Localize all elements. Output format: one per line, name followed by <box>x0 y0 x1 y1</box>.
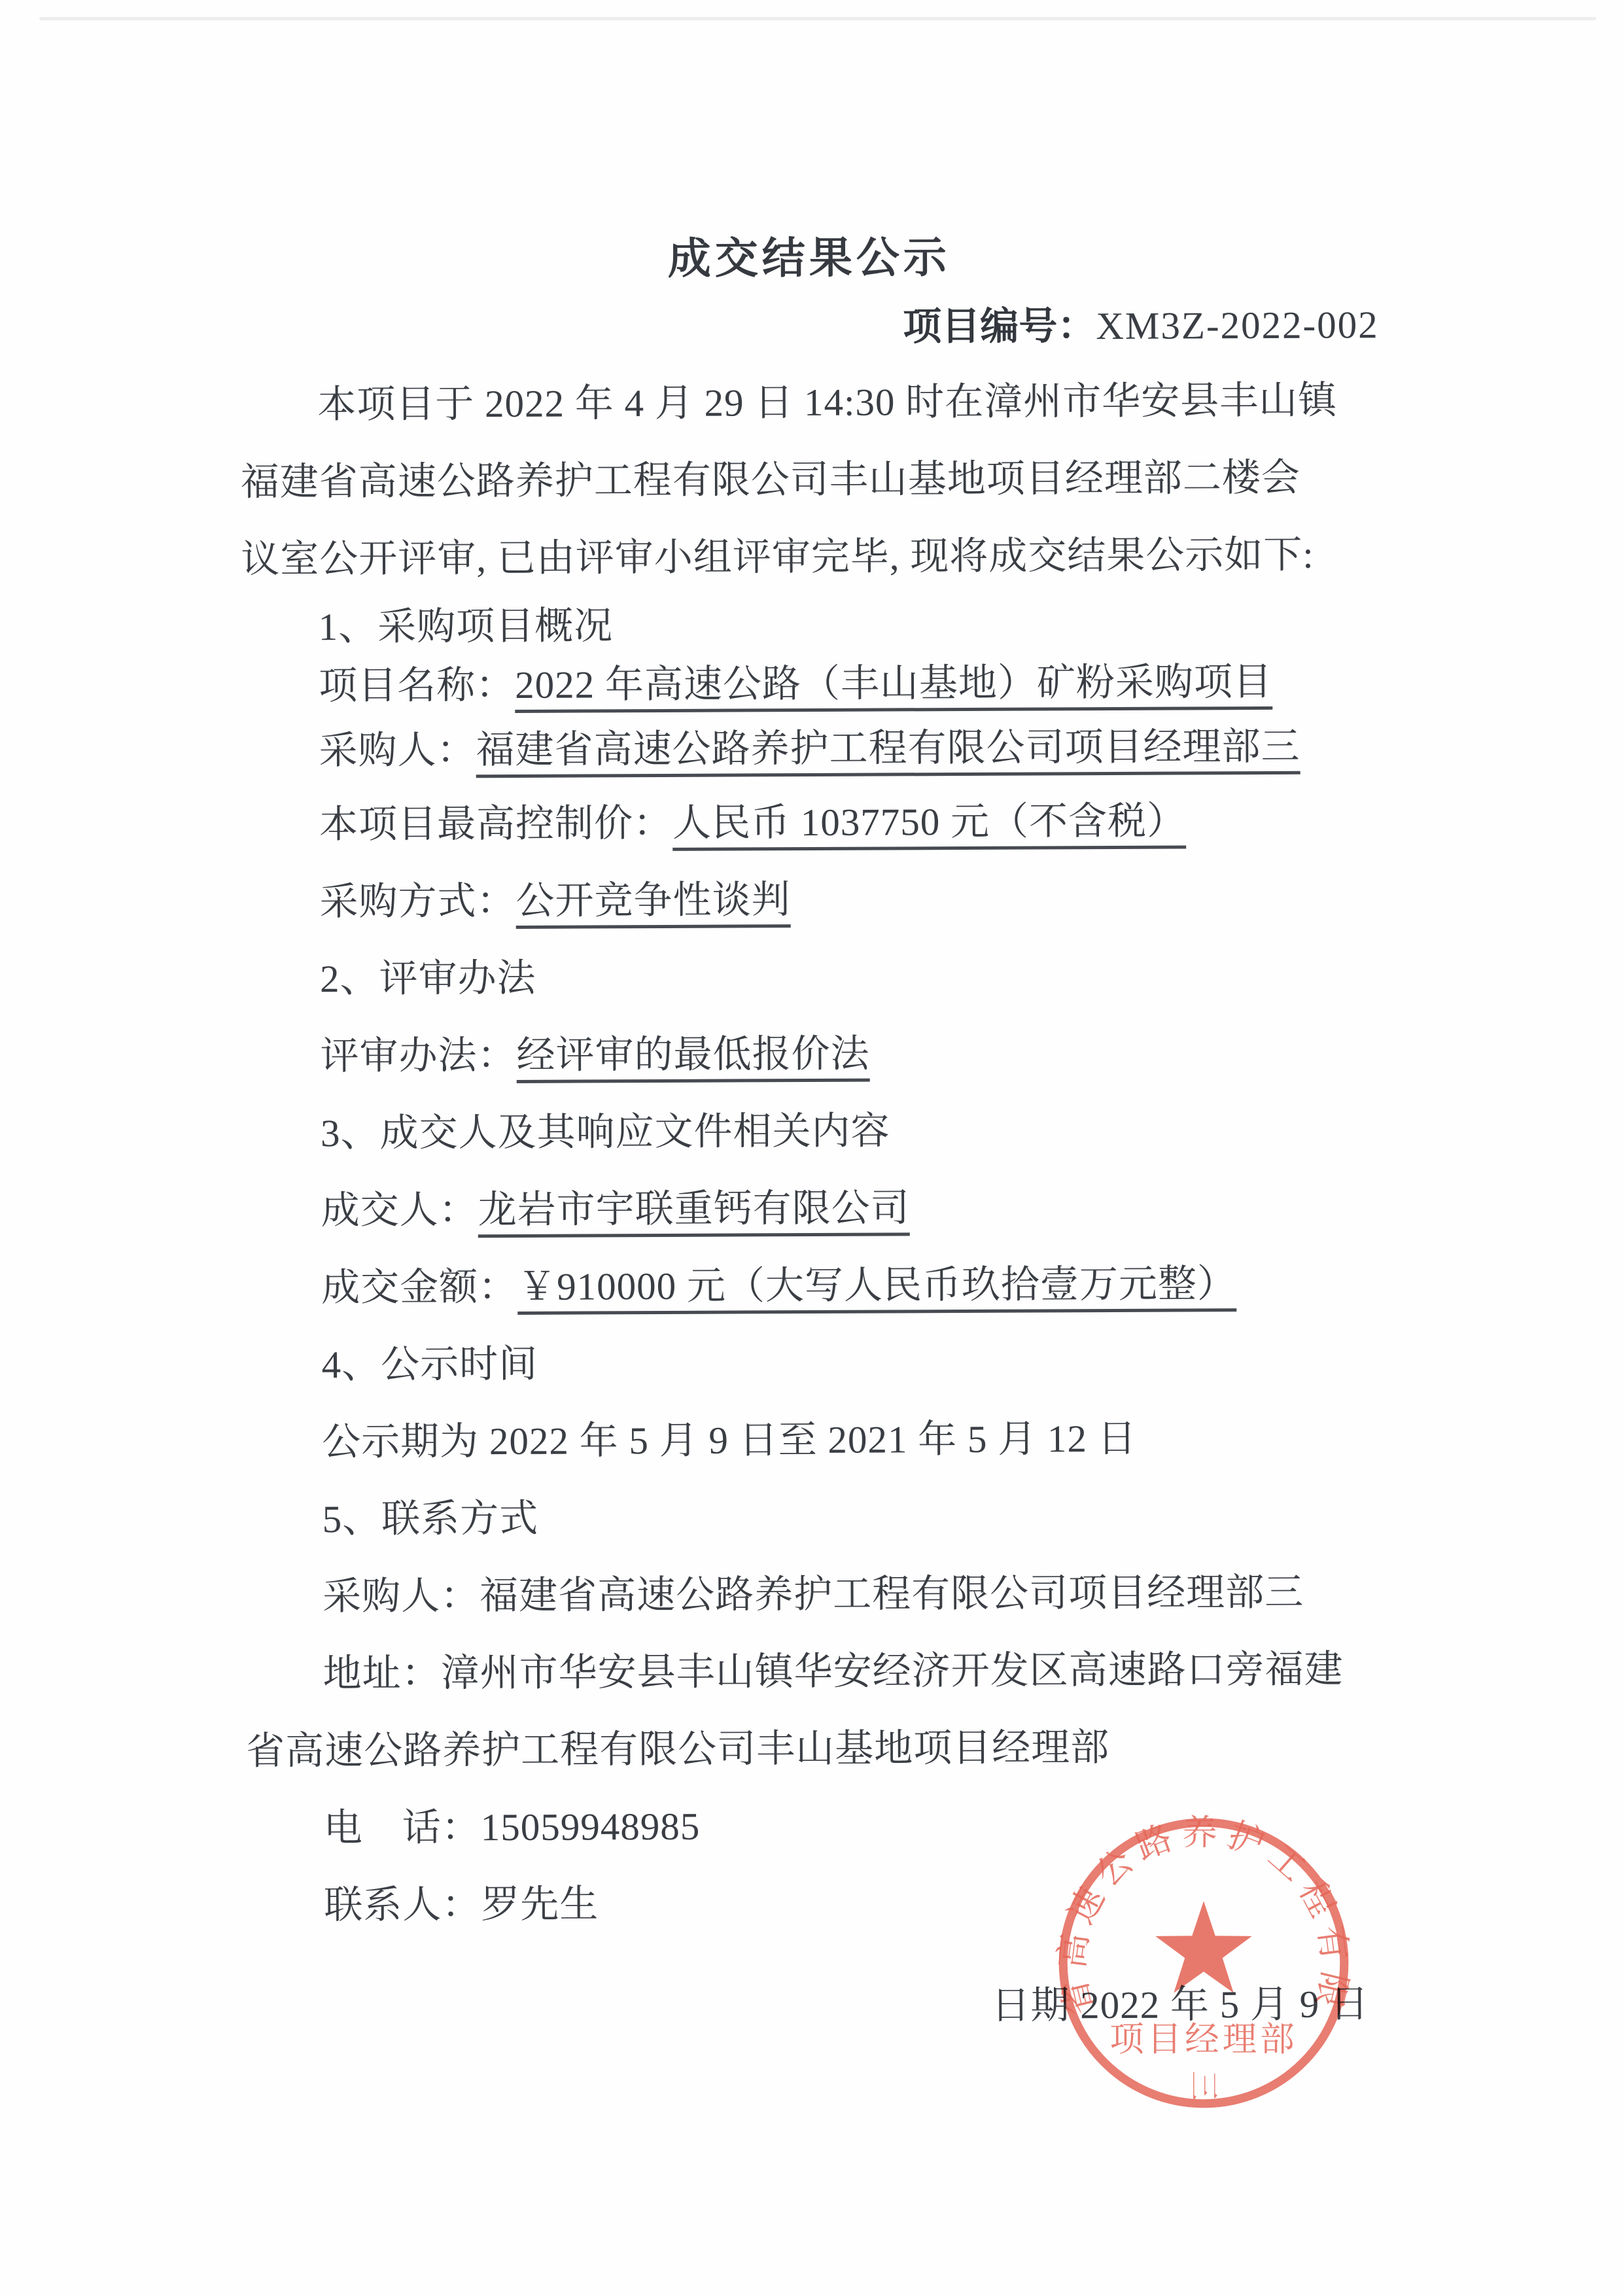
contact-purchaser-label: 采购人： <box>323 1574 480 1618</box>
section-1-heading: 1、采购项目概况 <box>241 593 1380 657</box>
project-name-line: 项目名称：2022 年高速公路（丰山基地）矿粉采购项目 <box>241 652 1380 716</box>
address-line-1: 地址：漳州市华安县丰山镇华安经济开发区高速路口旁福建 <box>245 1630 1384 1713</box>
stamp-number-text: 三 <box>1186 2070 1219 2100</box>
intro-line-3: 议室公开评审, 已由评审小组评审完毕, 现将成交结果公示如下: <box>241 515 1380 598</box>
amount-line: 成交金额：￥910000 元（大写人民币玖拾壹万元整） <box>244 1244 1383 1327</box>
phone-label: 电 话： <box>324 1805 481 1849</box>
document-content: 成交结果公示 项目编号：XM3Z-2022-002 本项目于 2022 年 4 … <box>0 0 1623 2048</box>
review-method-label: 评审办法： <box>320 1034 516 1077</box>
official-stamp: 福建省高速公路养护工程有限公司 项目经理部 三 <box>1049 1807 1359 2119</box>
publicity-period-line: 公示期为 2022 年 5 月 9 日至 2021 年 5 月 12 日 <box>245 1399 1384 1481</box>
intro-line-2: 福建省高速公路养护工程有限公司丰山基地项目经理部二楼会 <box>240 438 1379 521</box>
max-price-label: 本项目最高控制价： <box>319 801 672 846</box>
section-4-heading: 4、公示时间 <box>244 1321 1383 1404</box>
review-method-value: 经评审的最低报价法 <box>516 1032 869 1083</box>
purchaser-line: 采购人：福建省高速公路养护工程有限公司项目经理部三 <box>241 710 1380 786</box>
winner-line: 成交人：龙岩市宇联重钙有限公司 <box>243 1167 1382 1249</box>
max-price-value: 人民币 1037750 元（不含税） <box>672 799 1186 851</box>
purchaser-label: 采购人： <box>319 728 476 772</box>
winner-label: 成交人： <box>321 1188 478 1232</box>
scanned-document-page: 成交结果公示 项目编号：XM3Z-2022-002 本项目于 2022 年 4 … <box>0 0 1623 2296</box>
max-price-line: 本项目最高控制价：人民币 1037750 元（不含税） <box>242 781 1381 863</box>
project-name-value: 2022 年高速公路（丰山基地）矿粉采购项目 <box>515 660 1272 713</box>
intro-line-1: 本项目于 2022 年 4 月 29 日 14:30 时在漳州市华安县丰山镇 <box>240 361 1379 444</box>
review-method-line: 评审办法：经评审的最低报价法 <box>243 1013 1382 1095</box>
document-title: 成交结果公示 <box>239 225 1378 293</box>
address-label: 地址： <box>323 1651 441 1695</box>
section-5-heading: 5、联系方式 <box>245 1476 1384 1558</box>
project-number-line: 项目编号：XM3Z-2022-002 <box>239 288 1378 366</box>
winner-value: 龙岩市宇联重钙有限公司 <box>478 1186 909 1238</box>
address-line-2: 省高速公路养护工程有限公司丰山基地项目经理部 <box>246 1707 1385 1790</box>
contact-person-label: 联系人： <box>324 1883 481 1926</box>
project-number-value: XM3Z-2022-002 <box>1096 303 1379 347</box>
method-value: 公开竞争性谈判 <box>515 878 790 929</box>
address-value-part1: 漳州市华安县丰山镇华安经济开发区高速路口旁福建 <box>441 1647 1344 1694</box>
section-3-heading: 3、成交人及其响应文件相关内容 <box>243 1090 1382 1172</box>
method-label: 采购方式： <box>319 879 515 923</box>
contact-purchaser-value: 福建省高速公路养护工程有限公司项目经理部三 <box>480 1571 1304 1617</box>
phone-value: 15059948985 <box>481 1805 701 1849</box>
section-2-heading: 2、评审办法 <box>243 935 1382 1018</box>
purchaser-value: 福建省高速公路养护工程有限公司项目经理部三 <box>476 725 1300 778</box>
amount-value: ￥910000 元（大写人民币玖拾壹万元整） <box>517 1262 1236 1315</box>
amount-label: 成交金额： <box>321 1265 517 1309</box>
contact-purchaser-line: 采购人：福建省高速公路养护工程有限公司项目经理部三 <box>245 1553 1384 1635</box>
contact-person-value: 罗先生 <box>481 1882 599 1926</box>
method-line: 采购方式：公开竞争性谈判 <box>242 858 1381 941</box>
stamp-dept-text: 项目经理部 <box>1109 2021 1297 2059</box>
project-name-label: 项目名称： <box>319 663 515 707</box>
project-number-label: 项目编号： <box>903 304 1096 348</box>
stamp-star-icon <box>1155 1901 1252 1992</box>
